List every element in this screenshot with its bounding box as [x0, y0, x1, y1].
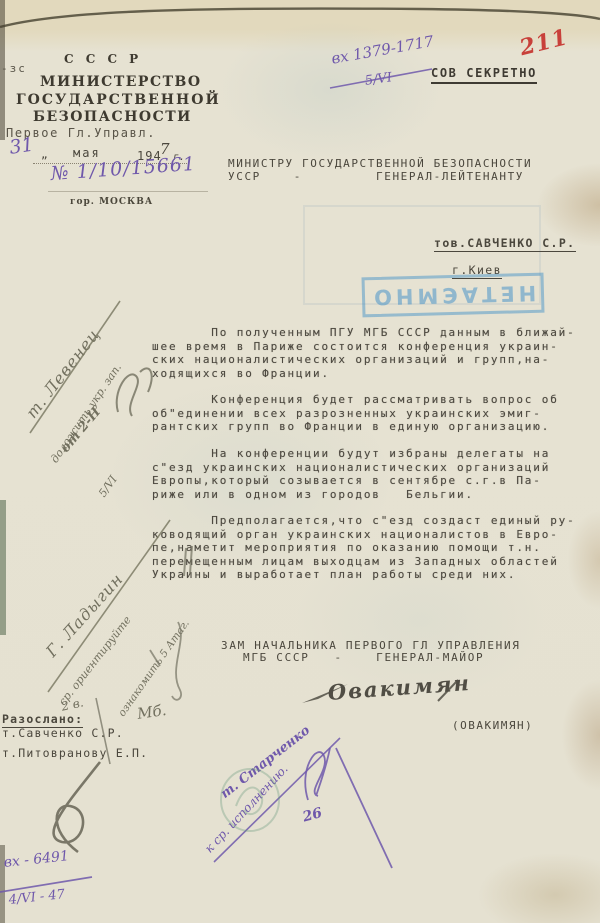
distribution-recipient-1: т.Савченко С.Р.	[2, 726, 124, 740]
date-month-typed: мая	[73, 146, 101, 160]
body-paragraph-3: На конференции будут избраны делегаты на…	[152, 447, 550, 501]
distribution-recipient-2: т.Питовранову Е.П.	[2, 746, 148, 760]
classification-stamp: СОВ СЕКРЕТНО	[431, 66, 537, 84]
body-paragraph-4: Предполагается,что с"езд создаст единый …	[152, 514, 576, 582]
addressee-person: тов.САВЧЕНКО С.Р.	[434, 236, 576, 252]
annotation-sig-number: 26	[301, 805, 324, 825]
letterhead-org-line3: БЕЗОПАСНОСТИ	[33, 109, 192, 125]
number-rule	[48, 191, 208, 192]
letterhead-org-line2: ГОСУДАРСТВЕННОЙ	[16, 92, 221, 108]
declassified-stamp: НЕТАЄМНО	[362, 273, 545, 318]
addressee-line1: МИНИСТРУ ГОСУДАРСТВЕННОЙ БЕЗОПАСНОСТИ	[228, 157, 532, 170]
body-paragraph-2: Конференция будет рассматривать вопрос о…	[152, 393, 559, 434]
incoming-number-handwritten: вх 1379-1717	[330, 32, 435, 68]
annotation2-name: Г. Ладыгин	[42, 569, 127, 660]
letterhead-city: гор. МОСКВА	[70, 197, 153, 207]
scan-edge-green	[0, 500, 6, 635]
margin-code: -зс	[1, 62, 27, 75]
footer-incoming-date: 4/VI - 47	[8, 887, 66, 908]
letterhead-country: С С С Р	[64, 52, 142, 66]
document-page: -зс С С С Р МИНИСТЕРСТВО ГОСУДАРСТВЕННОЙ…	[0, 0, 600, 923]
date-day-handwritten: 31	[8, 134, 35, 159]
pencil-mark-2v: 2 в.	[60, 695, 85, 713]
page-edge-line	[0, 9, 600, 27]
incoming-date-handwritten: 5/VI	[364, 70, 393, 89]
pencil-signature-squiggle	[54, 762, 100, 852]
annotation1-date: 5/VI	[96, 473, 120, 499]
signer-title-line2: МГБ СССР - ГЕНЕРАЛ-МАЙОР	[243, 651, 484, 664]
annotation1-initials-flourish	[117, 368, 152, 416]
pencil-mark-mb: Мб.	[136, 701, 168, 723]
letterhead-org-line1: МИНИСТЕРСТВО	[40, 74, 202, 90]
body-paragraph-1: По полученным ПГУ МГБ СССР данным в ближ…	[152, 326, 576, 380]
signature-autograph: Овакимян	[327, 670, 472, 705]
declassified-stamp-text: НЕТАЄМНО	[370, 281, 537, 309]
red-page-number: 211	[517, 24, 571, 61]
addressee-line2: УССР - ГЕНЕРАЛ-ЛЕЙТЕНАНТУ	[228, 170, 524, 183]
signer-name-typed: (ОВАКИМЯН)	[452, 719, 533, 732]
document-number-handwritten: № 1/10/15661	[50, 153, 197, 185]
date-quote-mark: „	[41, 148, 48, 161]
footer-incoming-number: вх - 6491	[3, 848, 70, 871]
